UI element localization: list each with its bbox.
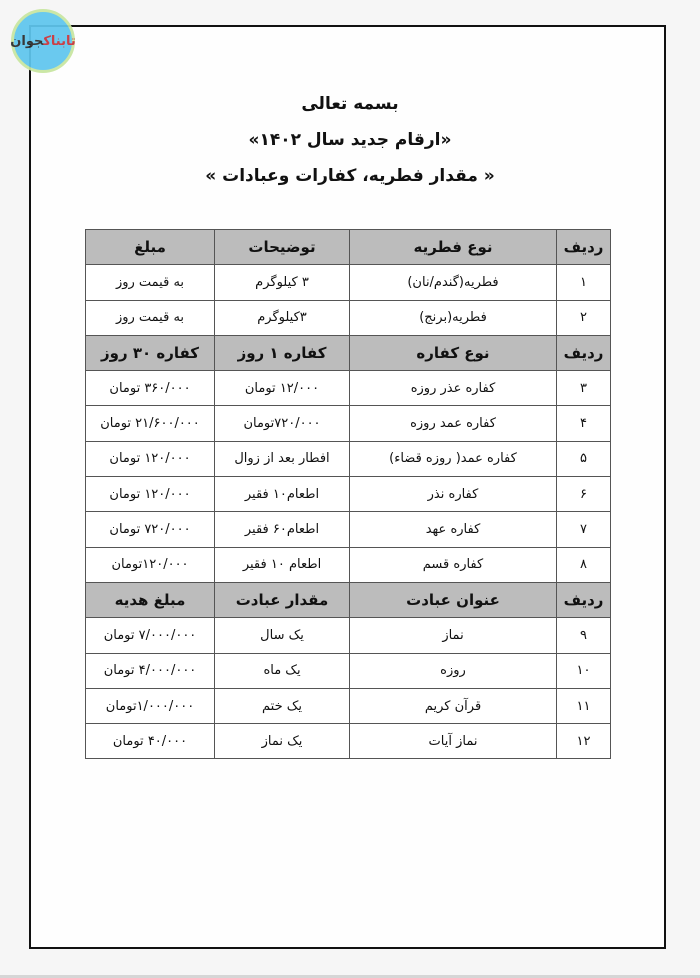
row-number: ۸ [557,547,611,582]
worship-title: نماز آیات [350,724,557,759]
item-notes: ۳کیلوگرم [215,300,350,335]
item-type: کفاره عذر روزه [350,371,557,406]
subject-title: « مقدار فطریه، کفارات وعبادات » [0,158,700,194]
item-thirty-days: ۳۶۰/۰۰۰ تومان [86,371,215,406]
item-type: کفاره قسم [350,547,557,582]
item-one-day: اطعام۶۰ فقیر [215,512,350,547]
item-thirty-days: ۱۲۰/۰۰۰ تومان [86,477,215,512]
gift-amount: ۱/۰۰۰/۰۰۰تومان [86,688,215,723]
header-cell: نوع فطریه [350,230,557,265]
item-thirty-days: ۱۲۰/۰۰۰ تومان [86,441,215,476]
header-cell: ردیف [557,230,611,265]
table-header-row-ebadat: ردیف عنوان عبادت مقدار عبادت مبلغ هدیه [86,582,611,617]
worship-amount: یک سال [215,618,350,653]
worship-title: نماز [350,618,557,653]
document-header: بسمه تعالی «ارقام جدید سال ۱۴۰۲» « مقدار… [0,86,700,194]
worship-title: روزه [350,653,557,688]
table-row: ۱۰ روزه یک ماه ۴/۰۰۰/۰۰۰ تومان [86,653,611,688]
table-row: ۷ کفاره عهد اطعام۶۰ فقیر ۷۲۰/۰۰۰ تومان [86,512,611,547]
worship-title: قرآن کریم [350,688,557,723]
gift-amount: ۴۰/۰۰۰ تومان [86,724,215,759]
item-thirty-days: ۷۲۰/۰۰۰ تومان [86,512,215,547]
rates-table: ردیف نوع فطریه توضیحات مبلغ ۱ فطریه(گندم… [85,229,611,759]
row-number: ۲ [557,300,611,335]
item-one-day: ۷۲۰/۰۰۰تومان [215,406,350,441]
row-number: ۳ [557,371,611,406]
year-title: «ارقام جدید سال ۱۴۰۲» [0,122,700,158]
worship-amount: یک ماه [215,653,350,688]
row-number: ۱۱ [557,688,611,723]
header-cell: ردیف [557,335,611,370]
gift-amount: ۴/۰۰۰/۰۰۰ تومان [86,653,215,688]
item-thirty-days: ۱۲۰/۰۰۰تومان [86,547,215,582]
item-amount: به قیمت روز [86,300,215,335]
table-row: ۱ فطریه(گندم/نان) ۳ کیلوگرم به قیمت روز [86,265,611,300]
item-one-day: اطعام ۱۰ فقیر [215,547,350,582]
item-notes: ۳ کیلوگرم [215,265,350,300]
table-row: ۱۲ نماز آیات یک نماز ۴۰/۰۰۰ تومان [86,724,611,759]
header-cell: کفاره ۱ روز [215,335,350,370]
header-cell: توضیحات [215,230,350,265]
basmala-line: بسمه تعالی [0,86,700,122]
header-cell: نوع کفاره [350,335,557,370]
row-number: ۵ [557,441,611,476]
table-row: ۴ کفاره عمد روزه ۷۲۰/۰۰۰تومان ۲۱/۶۰۰/۰۰۰… [86,406,611,441]
item-one-day: افطار بعد از زوال [215,441,350,476]
row-number: ۴ [557,406,611,441]
item-one-day: ۱۲/۰۰۰ تومان [215,371,350,406]
header-cell: مبلغ [86,230,215,265]
table-row: ۹ نماز یک سال ۷/۰۰۰/۰۰۰ تومان [86,618,611,653]
item-type: فطریه(گندم/نان) [350,265,557,300]
table-row: ۱۱ قرآن کریم یک ختم ۱/۰۰۰/۰۰۰تومان [86,688,611,723]
header-cell: مقدار عبادت [215,582,350,617]
item-type: کفاره عمد روزه [350,406,557,441]
row-number: ۱۲ [557,724,611,759]
item-amount: به قیمت روز [86,265,215,300]
item-type: فطریه(برنج) [350,300,557,335]
item-type: کفاره نذر [350,477,557,512]
table-row: ۸ کفاره قسم اطعام ۱۰ فقیر ۱۲۰/۰۰۰تومان [86,547,611,582]
table-row: ۲ فطریه(برنج) ۳کیلوگرم به قیمت روز [86,300,611,335]
site-logo: تابناکجوان [11,9,75,73]
item-type: کفاره عهد [350,512,557,547]
table-header-row-fitriyeh: ردیف نوع فطریه توضیحات مبلغ [86,230,611,265]
item-one-day: اطعام۱۰ فقیر [215,477,350,512]
table-row: ۳ کفاره عذر روزه ۱۲/۰۰۰ تومان ۳۶۰/۰۰۰ تو… [86,371,611,406]
item-type: کفاره عمد( روزه قضاء) [350,441,557,476]
worship-amount: یک ختم [215,688,350,723]
row-number: ۹ [557,618,611,653]
table-header-row-kaffareh: ردیف نوع کفاره کفاره ۱ روز کفاره ۳۰ روز [86,335,611,370]
table-row: ۵ کفاره عمد( روزه قضاء) افطار بعد از زوا… [86,441,611,476]
row-number: ۱۰ [557,653,611,688]
header-cell: کفاره ۳۰ روز [86,335,215,370]
row-number: ۱ [557,265,611,300]
header-cell: مبلغ هدیه [86,582,215,617]
logo-text: تابناکجوان [10,34,75,49]
item-thirty-days: ۲۱/۶۰۰/۰۰۰ تومان [86,406,215,441]
table-row: ۶ کفاره نذر اطعام۱۰ فقیر ۱۲۰/۰۰۰ تومان [86,477,611,512]
row-number: ۷ [557,512,611,547]
header-cell: عنوان عبادت [350,582,557,617]
row-number: ۶ [557,477,611,512]
header-cell: ردیف [557,582,611,617]
gift-amount: ۷/۰۰۰/۰۰۰ تومان [86,618,215,653]
worship-amount: یک نماز [215,724,350,759]
